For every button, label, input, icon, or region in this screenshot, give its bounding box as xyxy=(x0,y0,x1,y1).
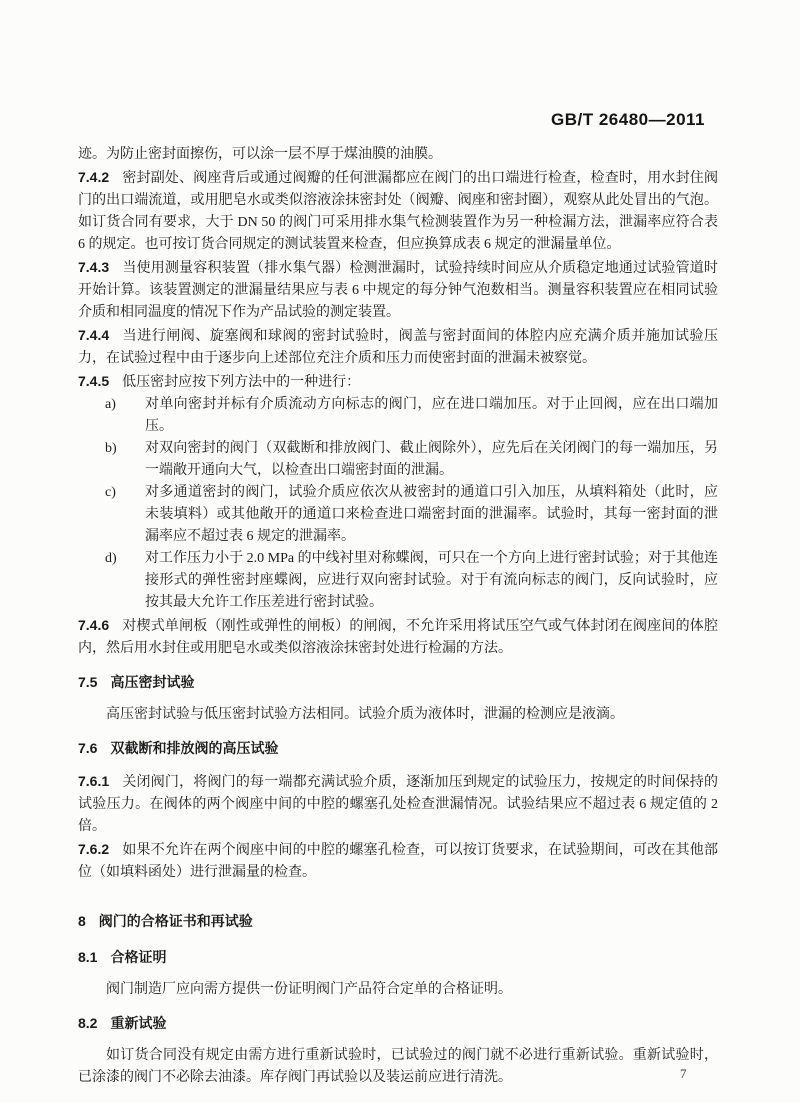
clause-number: 7.4.3 xyxy=(78,259,109,275)
clause-number: 7.4.2 xyxy=(78,169,109,185)
clause-text: 低压密封应按下列方法中的一种进行： xyxy=(122,375,360,390)
body-paragraph: 阀门制造厂应向需方提供一份证明阀门产品符合定单的合格证明。 xyxy=(78,979,718,1001)
heading-title: 合格证明 xyxy=(110,949,166,965)
list-item-text: 对多通道密封的阀门，试验介质应依次从被密封的通道口引入加压，从填料箱处（此时，应… xyxy=(145,482,718,548)
clause-paragraph: 7.4.4当进行闸阀、旋塞阀和球阀的密封试验时，阀盖与密封面间的体腔内应充满介质… xyxy=(78,324,718,370)
body-paragraph: 如订货合同没有规定由需方进行重新试验时，已试验过的阀门就不必进行重新试验。重新试… xyxy=(78,1045,718,1089)
list-item-text: 对单向密封并标有介质流动方向标志的阀门，应在进口端加压。对于止回阀，应在出口端加… xyxy=(145,394,718,438)
list-item-label: a) xyxy=(105,394,145,438)
section-heading: 7.6双截断和排放阀的高压试验 xyxy=(78,737,718,759)
section-heading: 7.5高压密封试验 xyxy=(78,671,718,693)
section-heading: 8.2重新试验 xyxy=(78,1012,718,1034)
list-item: c)对多通道密封的阀门，试验介质应依次从被密封的通道口引入加压，从填料箱处（此时… xyxy=(78,482,718,548)
document-body: 迹。为防止密封面擦伤，可以涂一层不厚于煤油膜的油膜。7.4.2密封副处、阀座背后… xyxy=(78,144,718,1089)
heading-title: 双截断和排放阀的高压试验 xyxy=(110,740,278,756)
clause-text: 对楔式单闸板（刚性或弹性的闸板）的闸阀，不允许采用将试压空气或气体封闭在阀座间的… xyxy=(78,619,718,656)
clause-text: 当使用测量容积装置（排水集气器）检测泄漏时，试验持续时间应从介质稳定地通过试验管… xyxy=(78,261,718,320)
clause-number: 7.4.6 xyxy=(78,617,109,633)
section-heading: 8.1合格证明 xyxy=(78,946,718,968)
list-item: b)对双向密封的阀门（双截断和排放阀门、截止阀除外），应先后在关闭阀门的每一端加… xyxy=(78,438,718,482)
heading-title: 高压密封试验 xyxy=(110,674,194,690)
heading-number: 8 xyxy=(78,913,86,929)
document-page: GB/T 26480—2011 迹。为防止密封面擦伤，可以涂一层不厚于煤油膜的油… xyxy=(0,0,800,1103)
clause-paragraph: 7.4.3当使用测量容积装置（排水集气器）检测泄漏时，试验持续时间应从介质稳定地… xyxy=(78,256,718,324)
heading-number: 7.6 xyxy=(78,740,97,756)
list-item: a)对单向密封并标有介质流动方向标志的阀门，应在进口端加压。对于止回阀，应在出口… xyxy=(78,394,718,438)
clause-paragraph: 7.4.6对楔式单闸板（刚性或弹性的闸板）的闸阀，不允许采用将试压空气或气体封闭… xyxy=(78,614,718,660)
list-item-label: b) xyxy=(105,438,145,482)
clause-paragraph: 7.6.1关闭阀门，将阀门的每一端都充满试验介质，逐渐加压到规定的试验压力，按规… xyxy=(78,770,718,838)
clause-number: 7.6.2 xyxy=(78,841,109,857)
section-heading: 8阀门的合格证书和再试验 xyxy=(78,910,718,932)
clause-paragraph: 7.4.2密封副处、阀座背后或通过阀瓣的任何泄漏都应在阀门的出口端进行检查，检查… xyxy=(78,166,718,256)
list-item-text: 对工作压力小于 2.0 MPa 的中线衬里对称蝶阀，可只在一个方向上进行密封试验… xyxy=(145,548,718,614)
clause-paragraph: 7.6.2如果不允许在两个阀座中间的中腔的螺塞孔检查，可以按订货要求，在试验期间… xyxy=(78,838,718,884)
heading-number: 8.2 xyxy=(78,1015,97,1031)
clause-paragraph: 7.4.5低压密封应按下列方法中的一种进行： xyxy=(78,370,718,394)
clause-number: 7.4.4 xyxy=(78,327,109,343)
list-item: d)对工作压力小于 2.0 MPa 的中线衬里对称蝶阀，可只在一个方向上进行密封… xyxy=(78,548,718,614)
continuation-paragraph: 迹。为防止密封面擦伤，可以涂一层不厚于煤油膜的油膜。 xyxy=(78,144,718,166)
clause-number: 7.4.5 xyxy=(78,373,109,389)
list-item-text: 对双向密封的阀门（双截断和排放阀门、截止阀除外），应先后在关闭阀门的每一端加压，… xyxy=(145,438,718,482)
list-item-label: c) xyxy=(105,482,145,548)
heading-title: 重新试验 xyxy=(110,1015,166,1031)
heading-title: 阀门的合格证书和再试验 xyxy=(99,913,253,929)
body-paragraph: 高压密封试验与低压密封试验方法相同。试验介质为液体时，泄漏的检测应是液滴。 xyxy=(78,704,718,726)
heading-number: 8.1 xyxy=(78,949,97,965)
page-number: 7 xyxy=(680,1066,687,1082)
heading-number: 7.5 xyxy=(78,674,97,690)
clause-text: 当进行闸阀、旋塞阀和球阀的密封试验时，阀盖与密封面间的体腔内应充满介质并施加试验… xyxy=(78,329,718,366)
clause-text: 如果不允许在两个阀座中间的中腔的螺塞孔检查，可以按订货要求，在试验期间，可改在其… xyxy=(78,843,718,880)
doc-number: GB/T 26480—2011 xyxy=(551,110,705,130)
list-item-label: d) xyxy=(105,548,145,614)
clause-number: 7.6.1 xyxy=(78,773,109,789)
clause-text: 密封副处、阀座背后或通过阀瓣的任何泄漏都应在阀门的出口端进行检查，检查时，用水封… xyxy=(78,171,718,252)
clause-text: 关闭阀门，将阀门的每一端都充满试验介质，逐渐加压到规定的试验压力，按规定的时间保… xyxy=(78,775,718,834)
